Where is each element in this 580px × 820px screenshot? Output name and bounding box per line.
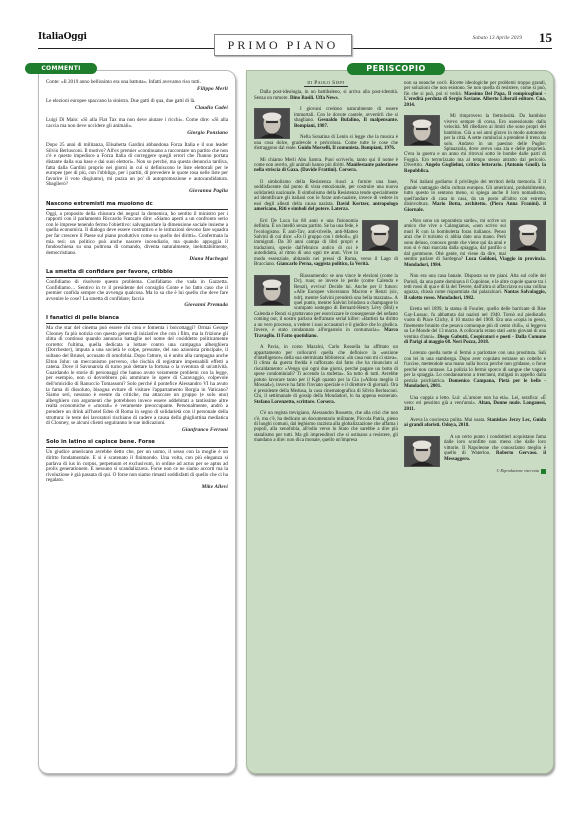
comment-author: Diana Machegni xyxy=(46,257,228,263)
comment-item: I fanatici di pelle biancaMa che star de… xyxy=(46,316,228,433)
comment-item: Luigi Di Maio: «Sì alla Flat Tax ma non … xyxy=(46,118,228,136)
quote-item: Non era una casa banale. Disposta su tre… xyxy=(404,274,546,301)
comment-author: Mike Allevi xyxy=(46,485,228,491)
masthead: ItaliaOggi PRIMO PIANO Sabato 13 Aprile … xyxy=(38,32,552,58)
quote-text: «Non sono un separatista sardo», mi scri… xyxy=(404,219,506,262)
newspaper-page: ItaliaOggi PRIMO PIANO Sabato 13 Aprile … xyxy=(38,32,552,772)
quote-item: Dalla post-ideologia, in un battibaleno,… xyxy=(254,90,398,101)
quote-item: C'è un regista trevigiano, Alessandro Ro… xyxy=(254,411,398,444)
copyright-notice: © Riproduzione riservata xyxy=(404,468,546,474)
portrait-photo xyxy=(510,220,546,251)
quote-text: A Pavia, in corso Mazzini, Carlo Rossell… xyxy=(254,345,398,399)
comment-text: Luigi Di Maio: «Sì alla Flat Tax ma non … xyxy=(46,118,228,129)
issue-date: Sabato 13 Aprile 2019 xyxy=(472,35,522,41)
page-number: 15 xyxy=(539,30,552,46)
quote-item: Una coppia a letto. Lui: «L'amore non ha… xyxy=(404,396,546,412)
comment-text: Oggi, a proposito della chiusura dei neg… xyxy=(46,212,228,257)
quote-item: Mi rimprovero la frettolosità. Da bambin… xyxy=(404,114,546,174)
portrait-photo xyxy=(404,115,440,146)
quote-item: Lorenzo quella notte si fermò a parlotta… xyxy=(404,351,546,389)
portrait-photo xyxy=(254,108,290,139)
quote-item: Erri De Luca ha 68 anni e una fisionomia… xyxy=(254,219,398,268)
periscopio-right-column: non sa neanche cos'è. Ricette ideologich… xyxy=(404,81,546,474)
comment-title: La smetta di confidare per favore, cribb… xyxy=(46,270,228,278)
periscopio-label: PERISCOPIO xyxy=(347,63,445,75)
quote-text: Aveva la coscienza pulita. Mai usata. xyxy=(410,418,485,423)
quote-item: Noi italiani godiamo il privilegio dei t… xyxy=(404,180,546,213)
comment-text: Le elezioni europee spaccano la sinistra… xyxy=(46,99,228,105)
quote-item: A Pavia, in corso Mazzini, Carlo Rossell… xyxy=(254,345,398,405)
commenti-label: COMMENTI xyxy=(25,63,97,74)
portrait-photo xyxy=(362,220,398,251)
commenti-column: COMMENTI Conte: «Il 2019 anno bellissimo… xyxy=(38,70,236,774)
quote-item: non sa neanche cos'è. Ricette ideologich… xyxy=(404,81,546,108)
commenti-list: Conte: «Il 2019 anno bellissimo era una … xyxy=(46,80,228,498)
copyright-text: © Riproduzione riservata xyxy=(496,468,539,473)
comment-author: Giovanna Paglia xyxy=(46,189,228,195)
quote-item: «Non sono un separatista sardo», mi scri… xyxy=(404,219,546,268)
comment-author: Giovanni Premuda xyxy=(46,303,228,309)
comment-author: Claudio Cadei xyxy=(46,106,228,112)
comment-item: Nascono estremisti ma muoiono dcOggi, a … xyxy=(46,202,228,263)
comment-text: Un giudice americano avrebbe detto che, … xyxy=(46,450,228,484)
portrait-photo xyxy=(254,275,290,306)
comment-item: Solo in latino si capisce bene. ForseUn … xyxy=(46,440,228,490)
quote-item: Riassumendo: se uno vince le elezioni (c… xyxy=(254,274,398,339)
comment-author: Giorgio Ponziano xyxy=(46,131,228,137)
periscopio-column: PERISCOPIO di Paolo Siepi Dalla post-ide… xyxy=(246,70,554,774)
comment-author: Gianfranco Ferroni xyxy=(46,428,228,434)
quote-source: Giancarlo Perna, saggista politico, la V… xyxy=(276,262,369,267)
comment-text: Dopo 25 anni di militanza, Elisabetta Ga… xyxy=(46,143,228,188)
quote-source: Guido Morselli, Il comunista. Bompiani, … xyxy=(298,146,395,151)
comment-item: Le elezioni europee spaccano la sinistra… xyxy=(46,99,228,111)
quote-item: I giovani credono naturalmente di essere… xyxy=(254,107,398,129)
quote-item: Mi chiamo Merli Abu Samra. Puoi scriverl… xyxy=(254,158,398,174)
quote-item: Aveva la coscienza pulita. Mai usata. St… xyxy=(404,418,546,429)
comment-text: Conte: «Il 2019 anno bellissimo era una … xyxy=(46,80,228,86)
comment-text: Confidiamo di risolvere questo problema.… xyxy=(46,280,228,302)
quote-item: A un certo punto i condottieri acquistan… xyxy=(404,435,546,462)
comment-title: I fanatici di pelle bianca xyxy=(46,316,228,324)
comment-title: Solo in latino si capisce bene. Forse xyxy=(46,440,228,448)
comment-author: Filippo Merli xyxy=(46,87,228,93)
newspaper-logo: ItaliaOggi xyxy=(38,32,87,42)
comment-item: Conte: «Il 2019 anno bellissimo era una … xyxy=(46,80,228,92)
quote-text: C'è un regista trevigiano, Alessandro Ro… xyxy=(254,411,398,443)
portrait-photo xyxy=(404,436,440,467)
comment-text: Ma che star del cinema può essere chi cr… xyxy=(46,326,228,427)
byline: di Paolo Siepi xyxy=(254,81,398,86)
end-square-icon xyxy=(541,469,546,474)
comment-item: Dopo 25 anni di militanza, Elisabetta Ga… xyxy=(46,143,228,194)
quote-source: Angelo Guglielmi, critico letterario. (A… xyxy=(404,163,546,173)
quote-source: Stefano Lorenzetto, scrittore. Corsera. xyxy=(254,400,335,405)
comment-item: La smetta di confidare per favore, cribb… xyxy=(46,270,228,309)
quote-item: Eretta nel 1899, la statua di Fourier, q… xyxy=(404,307,546,345)
quote-item: Il simbolismo della Resistenza riuscì a … xyxy=(254,180,398,213)
quote-source: Dino Basili. Uffa News. xyxy=(290,96,339,101)
periscopio-left-column: di Paolo Siepi Dalla post-ideologia, in … xyxy=(254,81,398,450)
comment-title: Nascono estremisti ma muoiono dc xyxy=(46,202,228,210)
section-title: PRIMO PIANO xyxy=(214,34,352,56)
